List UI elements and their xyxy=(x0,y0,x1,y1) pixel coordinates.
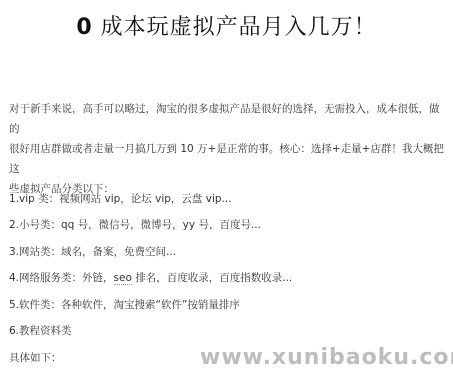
category-item-vip: 1.vip 类：视频网站 vip，论坛 vip，云盘 vip... xyxy=(9,191,232,206)
category-item-tutorials: 6.教程资料类 xyxy=(9,323,72,338)
intro-line-2: 很好用店群做或者走量一月搞几万到 10 万+是正常的事。核心：选择+走量+店群！… xyxy=(9,139,449,179)
watermark: www.xunibaoku.com xyxy=(200,345,453,370)
intro-line-1: 对于新手来说，高手可以略过，淘宝的很多虚拟产品是很好的选择，无需投入，成本很低，… xyxy=(9,99,449,139)
title-number: 0 xyxy=(76,15,92,40)
seo-link[interactable]: seo xyxy=(114,272,132,285)
category-item-prefix: 4.网络服务类：外链， xyxy=(9,272,114,284)
category-item-network-service: 4.网络服务类：外链，seo 排名，百度收录，百度指数收录... xyxy=(9,270,292,285)
category-item-website: 3.网站类：域名，备案，免费空间... xyxy=(9,244,176,259)
title-text: 成本玩虚拟产品月入几万！ xyxy=(101,15,377,40)
closing-text: 具体如下： xyxy=(9,350,62,365)
page-title: 0 成本玩虚拟产品月入几万！ xyxy=(0,10,453,41)
category-item-suffix: 排名，百度收录，百度指数收录... xyxy=(132,272,292,284)
intro-paragraph: 对于新手来说，高手可以略过，淘宝的很多虚拟产品是很好的选择，无需投入，成本很低，… xyxy=(9,99,449,199)
category-item-accounts: 2.小号类：qq 号，微信号，微博号，yy 号，百度号... xyxy=(9,217,261,232)
category-item-software: 5.软件类：各种软件，淘宝搜索“软件”按销量排序 xyxy=(9,297,240,312)
